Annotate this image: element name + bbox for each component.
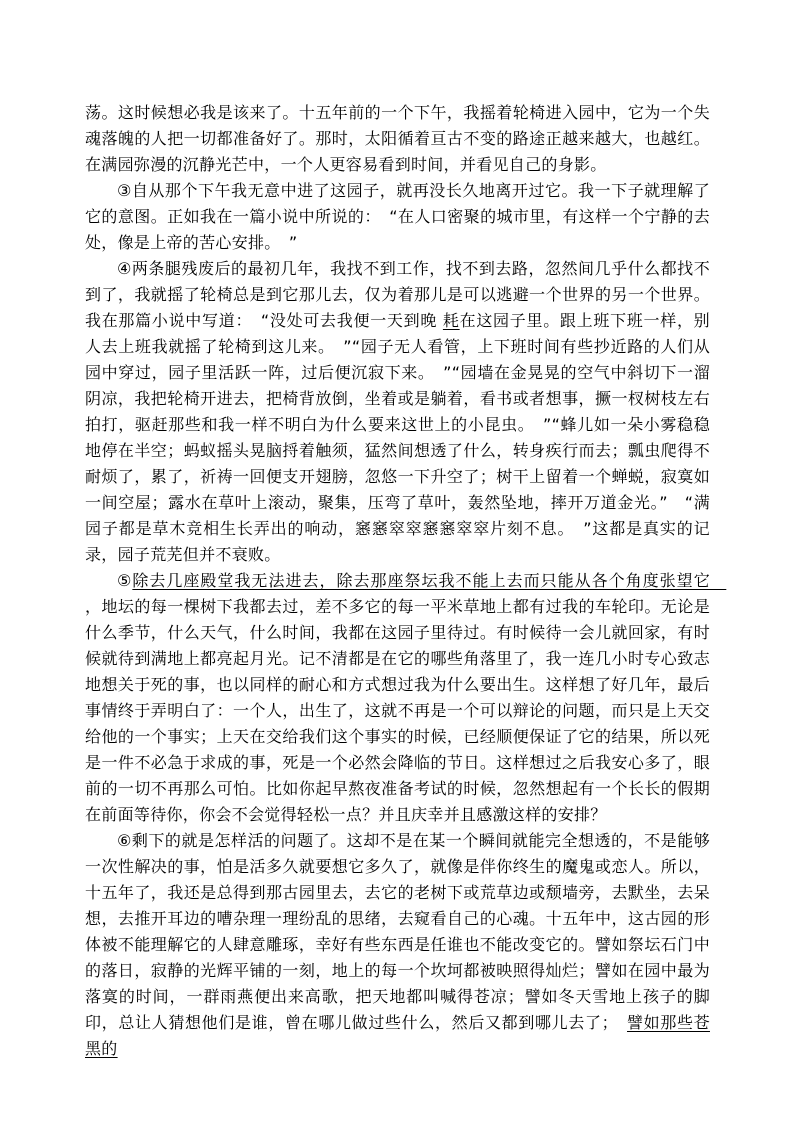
paragraph-3: ③自从那个下午我无意中进了这园子，就再没长久地离开过它。我一下子就理解了它的意图… bbox=[85, 178, 710, 256]
paragraph-5: ⑤除去几座殿堂我无法进去，除去那座祭坛我不能上去而只能从各个角度张望它 ，地坛的… bbox=[85, 568, 710, 828]
text-segment: ⑥剩下的就是怎样活的问题了。这却不是在某一个瞬间就能完全想透的，不是能够一次性解… bbox=[85, 831, 710, 1032]
text-segment: ，地坛的每一棵树下我都去过，差不多它的每一平米草地上都有过我的车轮印。无论是什么… bbox=[85, 597, 710, 824]
underlined-text-segment: 耗 bbox=[443, 311, 460, 330]
paragraph-6: ⑥剩下的就是怎样活的问题了。这却不是在某一个瞬间就能完全想透的，不是能够一次性解… bbox=[85, 828, 710, 1062]
text-segment: ③自从那个下午我无意中进了这园子，就再没长久地离开过它。我一下子就理解了它的意图… bbox=[85, 181, 710, 252]
text-segment: 荡。这时候想必我是该来了。十五年前的一个下午，我摇着轮椅进入园中，它为一个失魂落… bbox=[85, 103, 710, 174]
paragraph-4: ④两条腿残废后的最初几年，我找不到工作，找不到去路，忽然间几乎什么都找不到了，我… bbox=[85, 256, 710, 568]
document-page: 荡。这时候想必我是该来了。十五年前的一个下午，我摇着轮椅进入园中，它为一个失魂落… bbox=[0, 0, 794, 1123]
underlined-text-segment: 除去几座殿堂我无法进去，除去那座祭坛我不能上去而只能从各个角度张望它 bbox=[132, 571, 726, 590]
text-segment: 在这园子里。跟上班下班一样，别人去上班我就摇了轮椅到这儿来。 ”“园子无人看管，… bbox=[85, 311, 710, 564]
paragraph-2-continuation: 荡。这时候想必我是该来了。十五年前的一个下午，我摇着轮椅进入园中，它为一个失魂落… bbox=[85, 100, 710, 178]
document-body: 荡。这时候想必我是该来了。十五年前的一个下午，我摇着轮椅进入园中，它为一个失魂落… bbox=[85, 100, 710, 1062]
text-segment: ⑤ bbox=[117, 571, 132, 590]
